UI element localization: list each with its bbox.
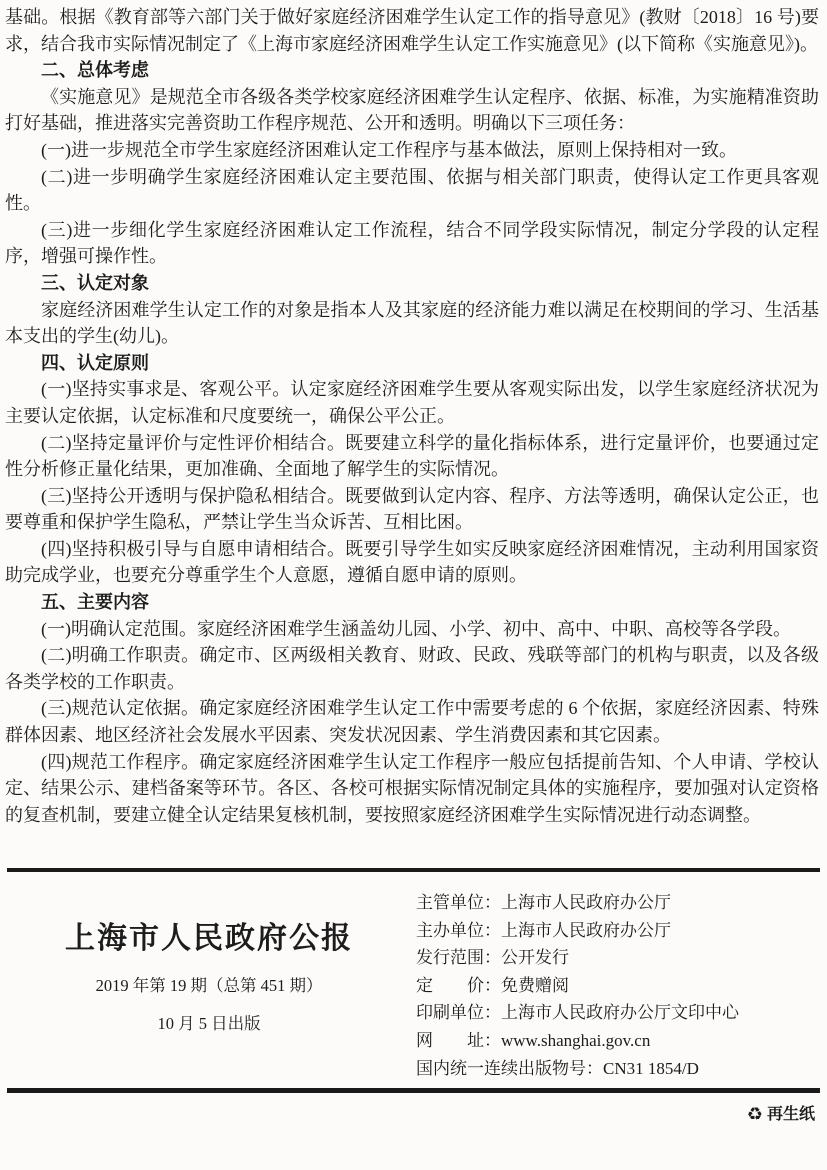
colophon-label: 主管单位：	[416, 893, 501, 912]
colophon-value: 上海市人民政府办公厅	[501, 893, 671, 912]
colophon-entry: 主管单位：上海市人民政府办公厅	[416, 889, 819, 917]
paragraph: (三)进一步细化学生家庭经济困难认定工作流程，结合不同学段实际情况，制定分学段的…	[5, 217, 819, 270]
document-body: 基础。根据《教育部等六部门关于做好家庭经济困难学生认定工作的指导意见》(教财〔2…	[0, 0, 827, 868]
gazette-page: 基础。根据《教育部等六部门关于做好家庭经济困难学生认定工作的指导意见》(教财〔2…	[0, 0, 827, 1170]
colophon-entry: 定 价：免费赠阅	[416, 972, 819, 1000]
paragraph: 基础。根据《教育部等六部门关于做好家庭经济困难学生认定工作的指导意见》(教财〔2…	[5, 4, 819, 57]
colophon-value: 上海市人民政府办公厅	[501, 921, 671, 940]
colophon-label: 发行范围：	[416, 948, 501, 967]
colophon-value: 免费赠阅	[501, 976, 569, 995]
colophon-value: www.shanghai.gov.cn	[501, 1031, 650, 1050]
section-heading: 四、认定原则	[5, 350, 819, 377]
colophon-label: 定 价：	[416, 976, 501, 995]
section-heading: 二、总体考虑	[5, 57, 819, 84]
section-heading: 五、主要内容	[5, 589, 819, 616]
colophon-label: 网 址：	[416, 1031, 501, 1050]
gazette-title: 上海市人民政府公报	[8, 922, 410, 956]
paragraph: (二)进一步明确学生家庭经济困难认定主要范围、依据与相关部门职责，使得认定工作更…	[5, 164, 819, 217]
section-heading: 三、认定对象	[5, 270, 819, 297]
colophon: 上海市人民政府公报 2019 年第 19 期（总第 451 期） 10 月 5 …	[0, 872, 827, 1079]
gazette-issue: 2019 年第 19 期（总第 451 期）	[8, 972, 410, 996]
paragraph: (一)进一步规范全市学生家庭经济困难认定工作程序与基本做法，原则上保持相对一致。	[5, 137, 819, 164]
paragraph: (二)明确工作职责。确定市、区两级相关教育、财政、民政、残联等部门的机构与职责，…	[5, 642, 819, 695]
paragraph: (三)坚持公开透明与保护隐私相结合。既要做到认定内容、程序、方法等透明，确保认定…	[5, 483, 819, 536]
paragraph: 家庭经济困难学生认定工作的对象是指本人及其家庭的经济能力难以满足在校期间的学习、…	[5, 297, 819, 350]
recycled-paper-note: ♻再生纸	[0, 1101, 827, 1125]
paragraph: 《实施意见》是规范全市各级各类学校家庭经济困难学生认定程序、依据、标准，为实施精…	[5, 84, 819, 137]
colophon-entries: 主管单位：上海市人民政府办公厅主办单位：上海市人民政府办公厅发行范围：公开发行定…	[410, 872, 819, 1079]
colophon-value: CN31 1854/D	[603, 1059, 699, 1078]
colophon-label: 印刷单位：	[416, 1003, 501, 1022]
recycled-paper-label: 再生纸	[767, 1106, 815, 1123]
paragraph: (四)坚持积极引导与自愿申请相结合。既要引导学生如实反映家庭经济困难情况，主动利…	[5, 536, 819, 589]
colophon-entry: 印刷单位：上海市人民政府办公厅文印中心	[416, 999, 819, 1027]
colophon-value: 上海市人民政府办公厅文印中心	[501, 1003, 739, 1022]
colophon-entry: 网 址：www.shanghai.gov.cn	[416, 1027, 819, 1055]
colophon-left-block: 上海市人民政府公报 2019 年第 19 期（总第 451 期） 10 月 5 …	[8, 872, 410, 1079]
colophon-label: 国内统一连续出版物号：	[416, 1059, 603, 1078]
colophon-entry: 国内统一连续出版物号：CN31 1854/D	[416, 1055, 819, 1083]
recycle-icon: ♻	[747, 1104, 763, 1125]
colophon-entry: 发行范围：公开发行	[416, 944, 819, 972]
paragraph: (四)规范工作程序。确定家庭经济困难学生认定工作程序一般应包括提前告知、个人申请…	[5, 749, 819, 829]
gazette-pub-date: 10 月 5 日出版	[8, 1010, 410, 1034]
colophon-value: 公开发行	[501, 948, 569, 967]
paragraph: (三)规范认定依据。确定家庭经济困难学生认定工作中需要考虑的 6 个依据，家庭经…	[5, 695, 819, 748]
divider-bottom	[7, 1088, 820, 1093]
paragraph: (一)坚持实事求是、客观公平。认定家庭经济困难学生要从客观实际出发，以学生家庭经…	[5, 376, 819, 429]
paragraph: (二)坚持定量评价与定性评价相结合。既要建立科学的量化指标体系，进行定量评价，也…	[5, 430, 819, 483]
colophon-label: 主办单位：	[416, 921, 501, 940]
paragraph: (一)明确认定范围。家庭经济困难学生涵盖幼儿园、小学、初中、高中、中职、高校等各…	[5, 616, 819, 643]
colophon-entry: 主办单位：上海市人民政府办公厅	[416, 917, 819, 945]
